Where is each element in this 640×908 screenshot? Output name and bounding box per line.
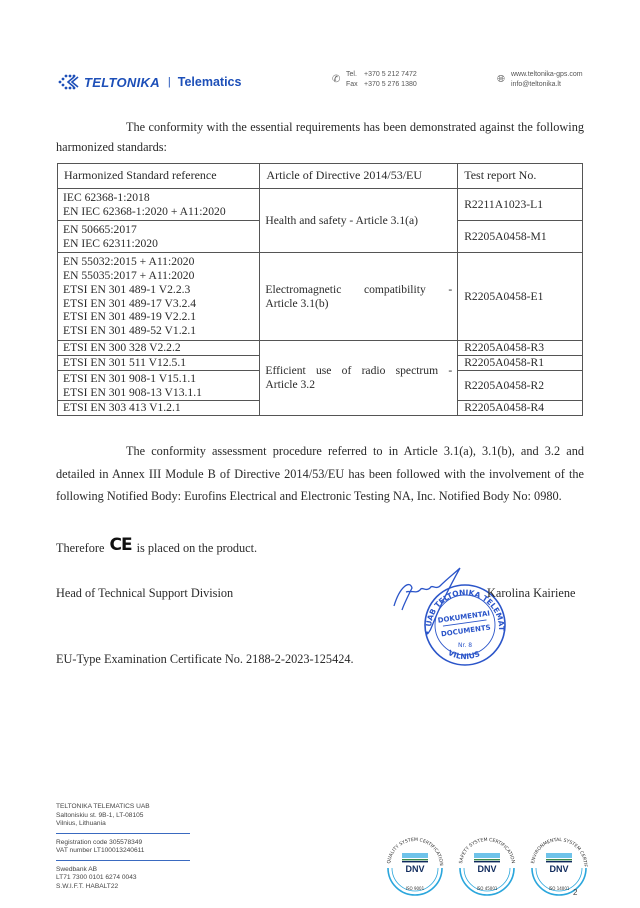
standard-cell: EN 50665:2017 EN IEC 62311:2020 [58, 221, 260, 253]
report-cell: R2205A0458-R3 [458, 341, 583, 356]
ce-before: Therefore [56, 538, 104, 558]
article-word: - [448, 283, 452, 297]
svg-text:ISO 45001: ISO 45001 [477, 886, 498, 891]
standard-ref: ETSI EN 301 489-17 V3.2.4 [63, 297, 254, 311]
standard-ref: ETSI EN 303 413 V1.2.1 [63, 401, 254, 415]
teltonika-logo: TELTONIKA | Telematics [56, 74, 241, 90]
svg-text:VILNIUS: VILNIUS [447, 648, 481, 661]
page-number: 2 [573, 888, 577, 897]
report-cell: R2205A0458-E1 [458, 253, 583, 341]
website-link[interactable]: www.teltonika-gps.com [511, 70, 583, 80]
phone-icon: ✆ [332, 75, 342, 85]
certification-badges: QUALITY SYSTEM CERTIFICATIONDNVISO 9001 … [382, 830, 592, 896]
table-row: EN 55032:2015 + A11:2020 EN 55035:2017 +… [58, 253, 583, 341]
standard-ref: ETSI EN 301 489-1 V2.2.3 [63, 283, 254, 297]
header-article: Article of Directive 2014/53/EU [260, 164, 458, 189]
article-word: Electromagnetic [265, 283, 341, 297]
company-stamp: UAB TELTONIKA TELEMATICS VILNIUS DOKUMEN… [390, 566, 510, 680]
svg-text:Nr. 8: Nr. 8 [458, 642, 472, 649]
article-word: compatibility [364, 283, 426, 297]
report-cell: R2205A0458-R4 [458, 401, 583, 416]
report-cell: R2211A1023-L1 [458, 189, 583, 221]
company-city: Vilnius, Lithuania [56, 820, 190, 829]
globe-icon: 🌐︎ [497, 75, 507, 85]
intro-text: The conformity with the essential requir… [56, 120, 584, 154]
intro-paragraph: The conformity with the essential requir… [56, 117, 584, 157]
standard-ref: ETSI EN 301 489-19 V2.2.1 [63, 310, 254, 324]
signatory-name: Karolina Kairiene [487, 586, 575, 601]
brand-separator: | [168, 76, 171, 88]
ce-statement: Therefore CE is placed on the product. [56, 538, 584, 558]
article-cell: Efficient use of radio spectrum - Articl… [260, 341, 458, 416]
article-word: Efficient [265, 364, 305, 378]
standard-ref: IEC 62368-1:2018 [63, 191, 254, 205]
standard-ref: EN IEC 62368-1:2020 + A11:2020 [63, 205, 254, 219]
standard-ref: ETSI EN 301 511 V12.5.1 [63, 356, 254, 370]
procedure-text: The conformity assessment procedure refe… [56, 444, 584, 503]
article-word: radio [362, 364, 386, 378]
table-row: IEC 62368-1:2018 EN IEC 62368-1:2020 + A… [58, 189, 583, 221]
bank-account: LT71 7300 0101 6274 0043 [56, 874, 190, 883]
bank-name: Swedbank AB [56, 866, 190, 875]
article-cell: Health and safety - Article 3.1(a) [260, 189, 458, 253]
standard-ref: ETSI EN 301 908-13 V13.1.1 [63, 386, 254, 400]
iso-9001-badge: QUALITY SYSTEM CERTIFICATIONDNVISO 9001 [382, 830, 448, 896]
svg-text:DOKUMENTAI: DOKUMENTAI [437, 609, 490, 624]
teltonika-chevron-icon [56, 74, 82, 90]
registration-code: Registration code 305578349 [56, 839, 190, 848]
svg-text:ISO 14001: ISO 14001 [549, 886, 570, 891]
letterhead: TELTONIKA | Telematics ✆ Tel.+370 5 212 … [56, 70, 586, 100]
report-cell: R2205A0458-R1 [458, 356, 583, 371]
article-word: - [448, 364, 452, 378]
company-street: Saltoniskiu st. 9B-1, LT-08105 [56, 812, 190, 821]
standard-cell: ETSI EN 301 908-1 V15.1.1 ETSI EN 301 90… [58, 371, 260, 401]
email-link[interactable]: info@teltonika.lt [511, 80, 583, 90]
standard-ref: ETSI EN 301 908-1 V15.1.1 [63, 372, 254, 386]
report-cell: R2205A0458-R2 [458, 371, 583, 401]
bank-details: Swedbank AB LT71 7300 0101 6274 0043 S.W… [56, 866, 190, 896]
standard-ref: EN 50665:2017 [63, 223, 254, 237]
table-row: ETSI EN 300 328 V2.2.2 Efficient use of … [58, 341, 583, 356]
ce-mark-icon: CE [109, 535, 131, 555]
signatory-title: Head of Technical Support Division [56, 586, 233, 601]
tel-number: +370 5 212 7472 [364, 70, 417, 80]
footer-company-info: TELTONIKA TELEMATICS UAB Saltoniskiu st.… [56, 803, 190, 895]
article-cell: Electromagnetic compatibility - Article … [260, 253, 458, 341]
standard-ref: ETSI EN 300 328 V2.2.2 [63, 341, 254, 355]
footer-divider [56, 833, 190, 834]
article-word: spectrum [396, 364, 439, 378]
certificate-number: EU-Type Examination Certificate No. 2188… [56, 652, 354, 667]
tel-label: Tel. [346, 70, 364, 80]
fax-label: Fax [346, 80, 364, 90]
company-registration: Registration code 305578349 VAT number L… [56, 839, 190, 860]
signature-stamp-icon: UAB TELTONIKA TELEMATICS VILNIUS DOKUMEN… [390, 566, 510, 680]
iso-14001-badge: ENVIRONMENTAL SYSTEM CERTIFICATIONDNVISO… [526, 830, 592, 896]
standard-cell: EN 55032:2015 + A11:2020 EN 55035:2017 +… [58, 253, 260, 341]
standard-cell: ETSI EN 300 328 V2.2.2 [58, 341, 260, 356]
article-line: Article 3.2 [265, 378, 452, 392]
company-name: TELTONIKA TELEMATICS UAB [56, 803, 190, 812]
iso-45001-badge: SAFETY SYSTEM CERTIFICATIONDNVISO 45001 [454, 830, 520, 896]
svg-text:DNV: DNV [477, 864, 496, 874]
header-standard: Harmonized Standard reference [58, 164, 260, 189]
article-line: Efficient use of radio spectrum - [265, 364, 452, 378]
standard-cell: ETSI EN 303 413 V1.2.1 [58, 401, 260, 416]
article-word: of [342, 364, 352, 378]
svg-text:DNV: DNV [549, 864, 568, 874]
brand-division: Telematics [178, 75, 242, 89]
article-line: Article 3.1(b) [265, 297, 452, 311]
ce-after: is placed on the product. [137, 538, 258, 558]
article-line: Electromagnetic compatibility - [265, 283, 452, 297]
phone-contact: ✆ Tel.+370 5 212 7472 Fax+370 5 276 1380 [332, 70, 417, 90]
standard-ref: EN IEC 62311:2020 [63, 237, 254, 251]
brand-name: TELTONIKA [84, 75, 160, 90]
footer-divider [56, 860, 190, 861]
table-header-row: Harmonized Standard reference Article of… [58, 164, 583, 189]
fax-number: +370 5 276 1380 [364, 80, 417, 90]
vat-number: VAT number LT100013240611 [56, 847, 190, 856]
article-word: use [316, 364, 331, 378]
standard-cell: IEC 62368-1:2018 EN IEC 62368-1:2020 + A… [58, 189, 260, 221]
header-report: Test report No. [458, 164, 583, 189]
web-contact: 🌐︎ www.teltonika-gps.com info@teltonika.… [497, 70, 583, 90]
report-cell: R2205A0458-M1 [458, 221, 583, 253]
svg-text:DNV: DNV [405, 864, 424, 874]
standard-ref: EN 55035:2017 + A11:2020 [63, 269, 254, 283]
standard-ref: ETSI EN 301 489-52 V1.2.1 [63, 324, 254, 338]
harmonized-standards-table: Harmonized Standard reference Article of… [57, 163, 583, 416]
standard-cell: ETSI EN 301 511 V12.5.1 [58, 356, 260, 371]
svg-text:ISO 9001: ISO 9001 [406, 886, 425, 891]
standard-ref: EN 55032:2015 + A11:2020 [63, 255, 254, 269]
company-address: TELTONIKA TELEMATICS UAB Saltoniskiu st.… [56, 803, 190, 833]
swift-code: S.W.I.F.T. HABALT22 [56, 883, 190, 892]
procedure-paragraph: The conformity assessment procedure refe… [56, 440, 584, 508]
